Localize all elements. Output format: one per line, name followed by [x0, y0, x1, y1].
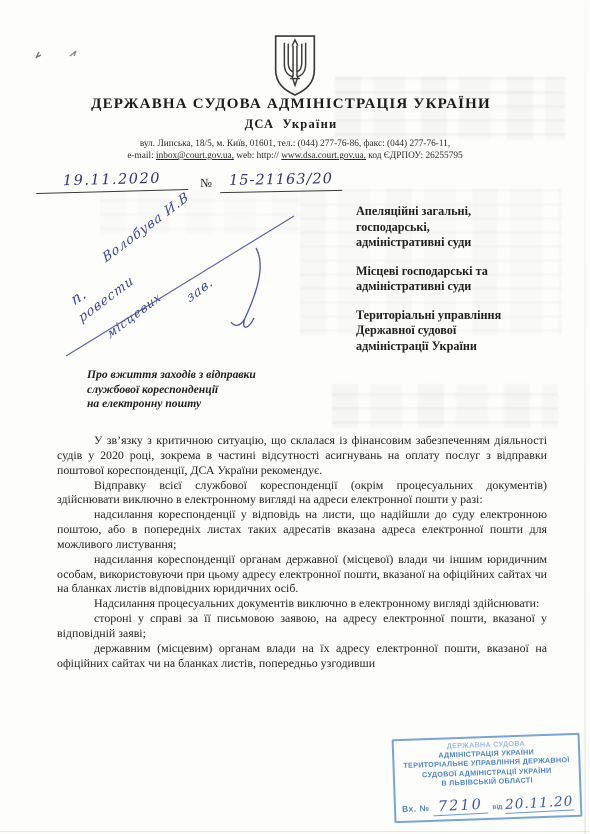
body-paragraph: надсилання кореспонденції органам держав…	[57, 552, 547, 597]
body-paragraph: стороні у справі за її письмовою заявою,…	[57, 611, 547, 641]
web-label: web: http://	[234, 151, 281, 161]
body-paragraph: Надсилання процесуальних документів викл…	[57, 596, 547, 611]
web-link: www.dsa.court.gov.ua,	[281, 151, 366, 161]
scan-page-edge	[584, 0, 586, 834]
outgoing-date-handwritten: 19.11.2020	[36, 170, 188, 194]
document-page: ДЕРЖАВНА СУДОВА АДМІНІСТРАЦІЯ УКРАЇНИ ДС…	[0, 0, 590, 834]
body-paragraph: Відправку всієї службової кореспонденції…	[57, 478, 547, 508]
recipients-block: Апеляційні загальні, господарські, адмін…	[356, 204, 566, 367]
note-signature-flourish	[231, 248, 260, 327]
note-strokes	[58, 208, 306, 366]
recipient-appellate-courts: Апеляційні загальні, господарські, адмін…	[356, 204, 566, 251]
bleed-through-signature	[332, 384, 558, 428]
handwritten-resolution-note: п. Волобува И.В ровести місцевих зав.	[58, 208, 306, 366]
number-symbol: №	[200, 176, 212, 191]
ukraine-trident-emblem-icon	[266, 33, 324, 99]
edrpou-code: код ЄДРПОУ: 26255795	[366, 151, 463, 161]
scan-page-edge-bottom	[0, 831, 590, 832]
outgoing-number-handwritten: 15-21163/20	[220, 171, 342, 193]
email-label: e-mail:	[127, 151, 156, 161]
pen-marks	[30, 44, 86, 64]
incoming-registration-stamp: ДЕРЖАВНА СУДОВА АДМІНІСТРАЦІЯ УКРАЇНИ ТЕ…	[392, 733, 583, 824]
stamp-text: ДЕРЖАВНА СУДОВА АДМІНІСТРАЦІЯ УКРАЇНИ ТЕ…	[395, 737, 578, 789]
stamp-incoming-date-handwritten: 20.11.20	[505, 795, 574, 813]
address-line1: вул. Липська, 18/5, м. Київ, 01601, тел.…	[140, 139, 450, 149]
body-paragraph: державним (місцевим) органам влади на їх…	[57, 641, 547, 671]
org-name: ДЕРЖАВНА СУДОВА АДМІНІСТРАЦІЯ УКРАЇНИ	[0, 96, 582, 113]
letter-body: У зв’язку з критичною ситуацію, що склал…	[57, 433, 547, 671]
recipient-territorial-departments: Територіальні управління Державної судов…	[356, 308, 566, 355]
stamp-from-label: від	[492, 803, 502, 812]
subject-line: Про вжиття заходів з відправки службової…	[87, 368, 337, 412]
stamp-incoming-number-handwritten: 7210	[433, 797, 489, 815]
org-short-name: ДСА України	[0, 117, 582, 132]
stamp-incoming-label: Вх. №	[402, 803, 430, 816]
email-link: inbox@court.gov.ua,	[156, 151, 234, 161]
body-paragraph: У зв’язку з критичною ситуацію, що склал…	[57, 433, 547, 478]
org-address: вул. Липська, 18/5, м. Київ, 01601, тел.…	[30, 138, 560, 162]
recipient-local-courts: Місцеві господарські та адміністративні …	[356, 264, 566, 295]
body-paragraph: надсилання кореспонденції у відповідь на…	[57, 507, 547, 552]
